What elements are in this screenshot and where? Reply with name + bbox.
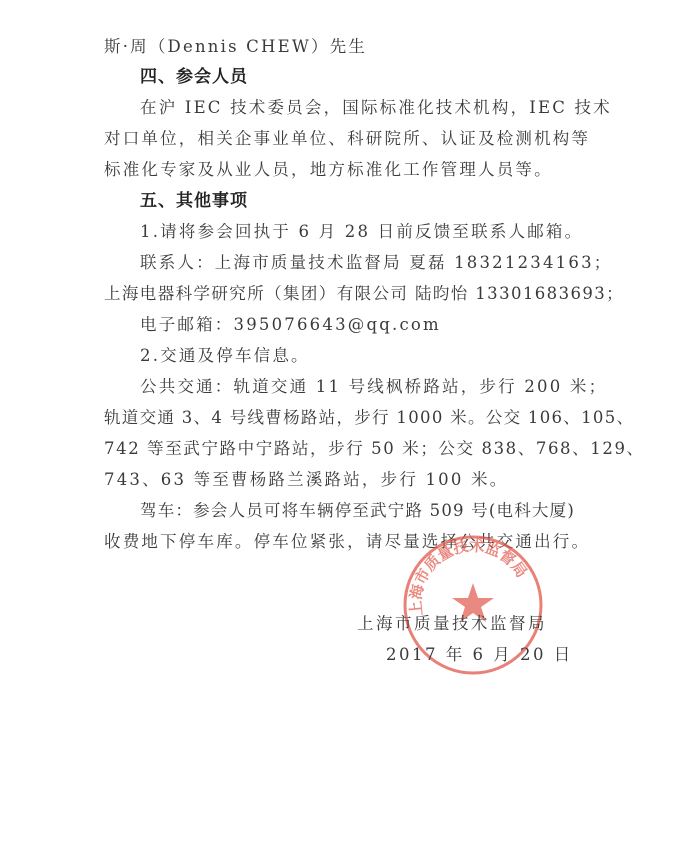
text-line-11: 2.交通及停车信息。 [140,345,310,367]
signature-date: 2017 年 6 月 20 日 [386,641,573,665]
section-heading-other: 五、其他事项 [140,190,248,212]
section-heading-attendees: 四、参会人员 [140,66,248,88]
transit-line-3: 742 等至武宁路中宁路站，步行 50 米；公交 838、768、129、 [104,438,645,460]
text-line-3: 在沪 IEC 技术委员会，国际标准化技术机构，IEC 技术 [140,97,612,119]
contact-line-1: 联系人：上海市质量技术监督局 夏磊 18321234163； [140,252,612,274]
text-line-4: 对口单位，相关企事业单位、科研院所、认证及检测机构等 [104,128,590,150]
email-line: 电子邮箱：395076643@qq.com [140,314,441,336]
transit-line-4: 743、63 等至曹杨路兰溪路站，步行 100 米。 [104,469,508,491]
transit-line-2: 轨道交通 3、4 号线曹杨路站，步行 1000 米。公交 106、105、 [104,407,634,429]
text-line-1: 斯·周（Dennis CHEW）先生 [104,36,367,58]
transit-line-1: 公共交通：轨道交通 11 号线枫桥路站，步行 200 米； [140,376,607,398]
text-line-7: 1.请将参会回执于 6 月 28 日前反馈至联系人邮箱。 [140,221,583,243]
signature-org: 上海市质量技术监督局 [357,610,547,634]
text-line-5: 标准化专家及从业人员，地方标准化工作管理人员等。 [104,159,553,181]
contact-line-2: 上海电器科学研究所（集团）有限公司 陆昀怡 13301683693； [104,283,624,305]
driving-line-1: 驾车：参会人员可将车辆停至武宁路 509 号(电科大厦) [140,500,575,522]
